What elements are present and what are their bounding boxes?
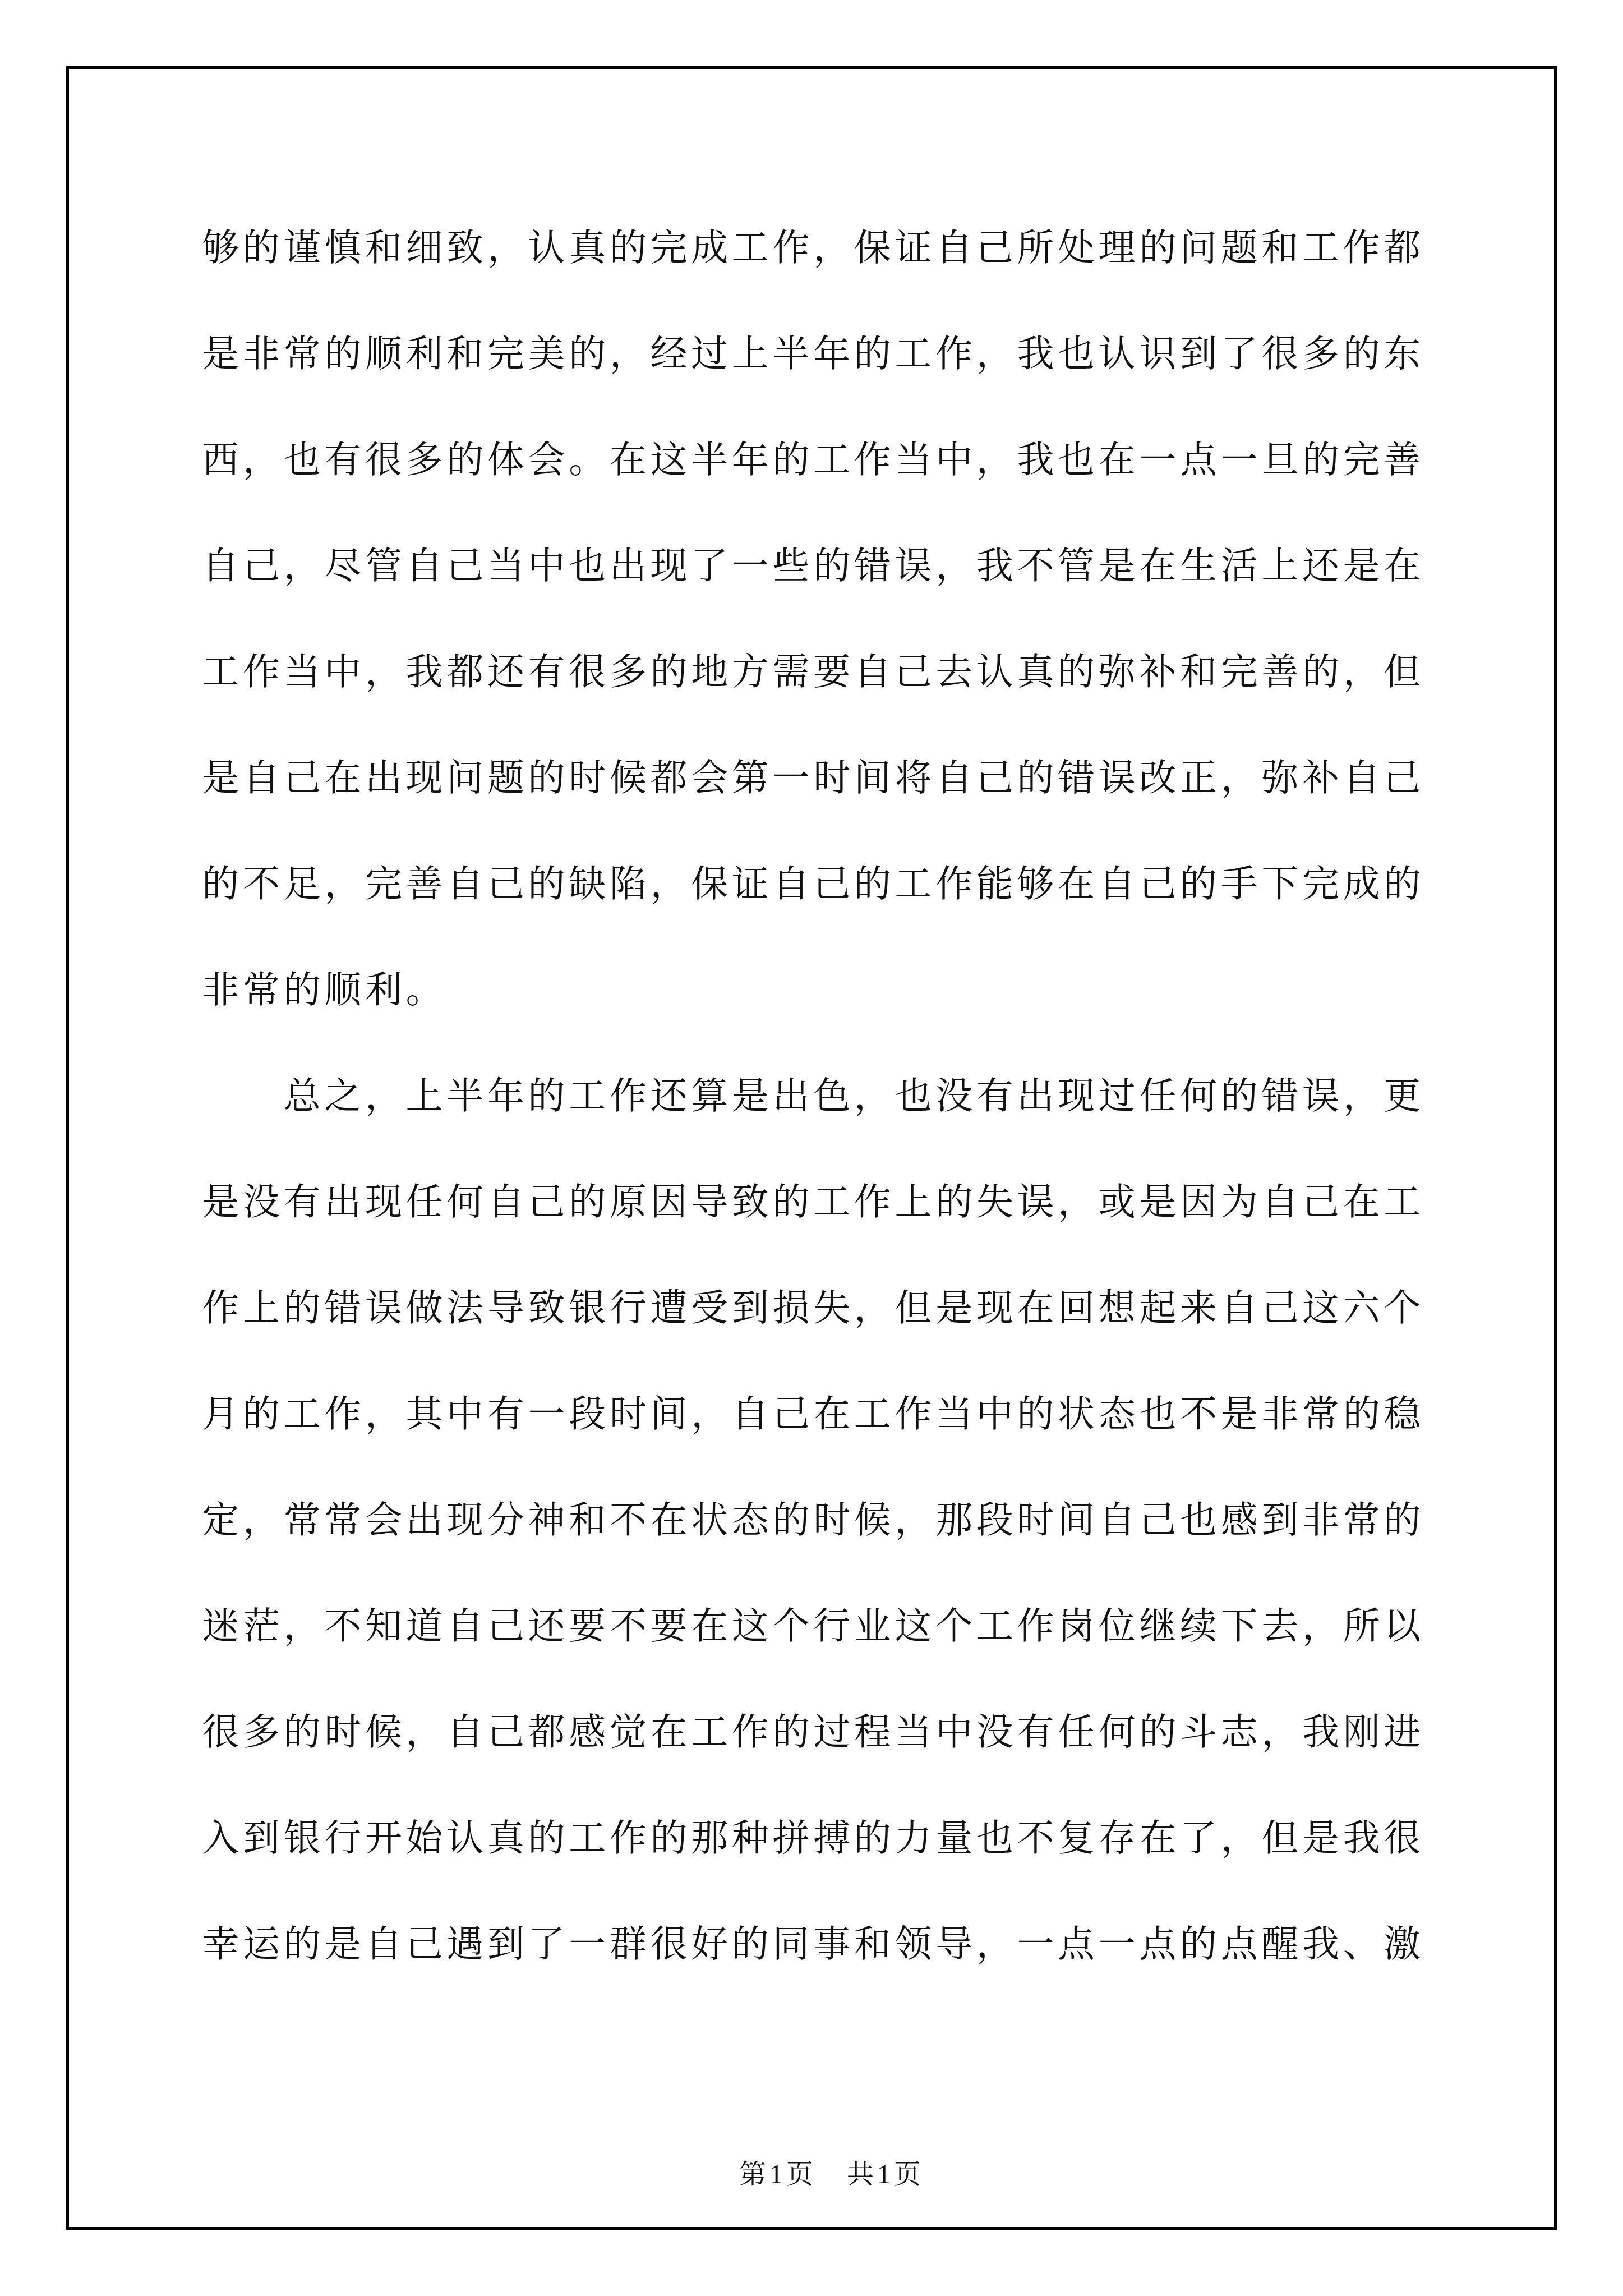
glyph: 时 — [811, 1502, 852, 1539]
glyph: 为 — [1219, 1184, 1260, 1221]
glyph: 作 — [934, 866, 975, 903]
glyph: 六 — [1341, 1290, 1382, 1327]
glyph: 是 — [1341, 548, 1382, 585]
text-line: 是自己在出现问题的时候都会第一时间将自己的错误改正，弥补自己 — [200, 725, 1423, 831]
glyph: 是 — [200, 1184, 241, 1221]
glyph: 完 — [1301, 866, 1341, 903]
glyph: 领 — [893, 1926, 934, 1963]
glyph: 但 — [893, 1290, 934, 1327]
glyph: 以 — [1382, 1608, 1423, 1645]
glyph: 的 — [526, 1820, 567, 1857]
glyph: 到 — [1178, 336, 1219, 373]
glyph: 过 — [811, 1714, 852, 1751]
glyph: 是 — [200, 760, 241, 797]
glyph: 还 — [486, 654, 527, 691]
glyph: 工 — [1301, 230, 1341, 267]
glyph: 间 — [852, 760, 893, 797]
glyph: 都 — [526, 1714, 567, 1751]
glyph: 一 — [1137, 442, 1178, 479]
glyph: 己 — [1137, 1502, 1178, 1539]
glyph: 受 — [689, 1290, 730, 1327]
glyph: 中 — [934, 442, 975, 479]
glyph: 认 — [526, 230, 567, 267]
glyph: 现 — [1056, 1078, 1097, 1115]
glyph: 在 — [1137, 1820, 1178, 1857]
glyph: 激 — [1382, 1926, 1423, 1963]
glyph: 作 — [771, 230, 811, 267]
glyph: 一 — [1219, 442, 1260, 479]
glyph: 的 — [1015, 1396, 1056, 1433]
glyph: ， — [486, 230, 527, 267]
glyph: 自 — [200, 548, 241, 585]
glyph: 多 — [404, 442, 445, 479]
glyph: ， — [811, 230, 852, 267]
glyph: 不 — [1015, 548, 1056, 585]
glyph: 成 — [1341, 866, 1382, 903]
glyph: 多 — [1301, 336, 1341, 373]
glyph: 是 — [1096, 548, 1137, 585]
glyph: 保 — [852, 230, 893, 267]
glyph: 迷 — [200, 1608, 241, 1645]
glyph: 出 — [404, 1502, 445, 1539]
glyph: 中 — [445, 1396, 486, 1433]
text-line: 是没有出现任何自己的原因导致的工作上的失误，或是因为自己在工 — [200, 1149, 1423, 1255]
glyph: 银 — [567, 1290, 608, 1327]
text-line: 很多的时候，自己都感觉在工作的过程当中没有任何的斗志，我刚进 — [200, 1680, 1423, 1786]
glyph: 经 — [648, 336, 689, 373]
glyph: ， — [363, 654, 404, 691]
glyph: 过 — [1096, 1078, 1137, 1115]
glyph: 醒 — [1260, 1926, 1301, 1963]
glyph: 何 — [445, 1184, 486, 1221]
glyph: 业 — [852, 1608, 893, 1645]
glyph: 致 — [445, 230, 486, 267]
glyph: 保 — [689, 866, 730, 903]
glyph: 拼 — [771, 1820, 811, 1857]
glyph: 道 — [404, 1608, 445, 1645]
glyph: 的 — [1137, 230, 1178, 267]
glyph: 错 — [1056, 760, 1097, 797]
glyph: 茫 — [241, 1608, 282, 1645]
glyph: 的 — [322, 336, 363, 373]
glyph: 利 — [404, 336, 445, 373]
glyph: 缺 — [567, 866, 608, 903]
glyph: 认 — [974, 654, 1015, 691]
glyph: 自 — [852, 654, 893, 691]
glyph: 存 — [1096, 1820, 1137, 1857]
glyph: 多 — [241, 1714, 282, 1751]
glyph: 中 — [322, 654, 363, 691]
glyph: 多 — [608, 654, 649, 691]
glyph: 和 — [363, 230, 404, 267]
glyph: 半 — [445, 1078, 486, 1115]
glyph: 时 — [322, 1714, 363, 1751]
glyph: 的 — [445, 442, 486, 479]
glyph: 也 — [1056, 442, 1097, 479]
glyph: 搏 — [811, 1820, 852, 1857]
glyph: 有 — [1015, 1714, 1056, 1751]
glyph: 有 — [486, 1396, 527, 1433]
glyph: 时 — [1015, 1502, 1056, 1539]
glyph: 在 — [1056, 866, 1097, 903]
glyph: 银 — [282, 1820, 322, 1857]
glyph: 半 — [771, 336, 811, 373]
glyph: 是 — [934, 1290, 975, 1327]
glyph: 神 — [526, 1502, 567, 1539]
glyph: 常 — [322, 1502, 363, 1539]
glyph: 管 — [363, 548, 404, 585]
glyph: 自 — [1219, 1290, 1260, 1327]
glyph: 证 — [893, 230, 934, 267]
glyph: 的 — [934, 1184, 975, 1221]
glyph: 不 — [1015, 1820, 1056, 1857]
glyph: 完 — [363, 866, 404, 903]
glyph: 己 — [974, 760, 1015, 797]
glyph: 的 — [771, 1502, 811, 1539]
glyph: 作 — [1015, 1608, 1056, 1645]
glyph: 工 — [200, 654, 241, 691]
text-line: 定，常常会出现分神和不在状态的时候，那段时间自己也感到非常的 — [200, 1467, 1423, 1573]
text-line: 的不足，完善自己的缺陷，保证自己的工作能够在自己的手下完成的 — [200, 831, 1423, 937]
glyph: 上 — [404, 1078, 445, 1115]
glyph: 一 — [526, 1396, 567, 1433]
glyph: ， — [322, 866, 363, 903]
glyph: 不 — [322, 1608, 363, 1645]
glyph: 当 — [486, 548, 527, 585]
glyph: 错 — [322, 1290, 363, 1327]
glyph: 当 — [282, 654, 322, 691]
glyph: 方 — [730, 654, 771, 691]
text-line: 非常的顺利。 — [200, 937, 1423, 1043]
glyph: 一 — [771, 760, 811, 797]
glyph: ， — [1260, 1714, 1301, 1751]
glyph: 都 — [648, 760, 689, 797]
page-number-label: 第1页 共1页 — [739, 2160, 924, 2189]
glyph: 善 — [1260, 654, 1301, 691]
glyph: 也 — [1056, 336, 1097, 373]
glyph: 补 — [1137, 654, 1178, 691]
glyph: 在 — [608, 442, 649, 479]
glyph: 任 — [404, 1184, 445, 1221]
glyph: 当 — [934, 1396, 975, 1433]
text-line: 总之，上半年的工作还算是出色，也没有出现过任何的错误，更 — [200, 1043, 1423, 1149]
glyph: 状 — [689, 1502, 730, 1539]
glyph: 会 — [689, 760, 730, 797]
glyph: 我 — [1015, 336, 1056, 373]
glyph: 误 — [1015, 1184, 1056, 1221]
glyph: ， — [689, 1396, 730, 1433]
glyph: 需 — [771, 654, 811, 691]
glyph: 同 — [771, 1926, 811, 1963]
glyph: 到 — [241, 1820, 282, 1857]
glyph: 陷 — [608, 866, 649, 903]
glyph: 出 — [771, 1078, 811, 1115]
glyph: 题 — [1219, 230, 1260, 267]
glyph: 导 — [689, 1184, 730, 1221]
glyph: 在 — [811, 1396, 852, 1433]
glyph: 觉 — [608, 1714, 649, 1751]
glyph: 在 — [1096, 442, 1137, 479]
glyph: 很 — [1260, 336, 1301, 373]
glyph: 常 — [1301, 1396, 1341, 1433]
glyph: 的 — [1178, 1926, 1219, 1963]
glyph: 也 — [282, 442, 322, 479]
glyph: 出 — [1015, 1078, 1056, 1115]
glyph: 的 — [526, 760, 567, 797]
glyph: 美 — [526, 336, 567, 373]
glyph: 己 — [486, 1714, 527, 1751]
glyph: 志 — [1219, 1714, 1260, 1751]
glyph: 的 — [1382, 866, 1423, 903]
glyph: 问 — [445, 760, 486, 797]
glyph: ， — [974, 336, 1015, 373]
glyph: 了 — [1219, 336, 1260, 373]
glyph: 回 — [1056, 1290, 1097, 1327]
glyph: 复 — [1056, 1820, 1097, 1857]
glyph: ， — [893, 1502, 934, 1539]
glyph: 做 — [404, 1290, 445, 1327]
glyph: 一 — [1015, 1926, 1056, 1963]
glyph: 色 — [811, 1078, 852, 1115]
glyph: 非 — [1260, 1396, 1301, 1433]
glyph: ， — [363, 1396, 404, 1433]
glyph: ， — [852, 1290, 893, 1327]
glyph: 还 — [648, 1078, 689, 1115]
glyph: 现 — [445, 1502, 486, 1539]
glyph: 感 — [1219, 1502, 1260, 1539]
glyph: 管 — [1056, 548, 1097, 585]
glyph: 的 — [852, 336, 893, 373]
glyph: 的 — [1219, 1078, 1260, 1115]
glyph: 个 — [771, 1608, 811, 1645]
glyph: 是 — [1137, 1184, 1178, 1221]
glyph: 作 — [1341, 230, 1382, 267]
glyph: 的 — [771, 442, 811, 479]
glyph: 致 — [526, 1290, 567, 1327]
glyph: 其 — [404, 1396, 445, 1433]
text-line: 作上的错误做法导致银行遭受到损失，但是现在回想起来自己这六个 — [200, 1255, 1423, 1361]
glyph: 够 — [1015, 866, 1056, 903]
glyph: 要 — [648, 1608, 689, 1645]
glyph: 我 — [1015, 442, 1056, 479]
glyph: 的 — [567, 1184, 608, 1221]
glyph: 位 — [1096, 1608, 1137, 1645]
glyph: 和 — [852, 1926, 893, 1963]
glyph: 年 — [730, 442, 771, 479]
glyph: ， — [1341, 1078, 1382, 1115]
glyph: 自 — [1096, 1502, 1137, 1539]
glyph: 想 — [1096, 1290, 1137, 1327]
glyph: 作 — [852, 1184, 893, 1221]
glyph: 真 — [567, 230, 608, 267]
glyph: 中 — [934, 1714, 975, 1751]
glyph: ， — [648, 866, 689, 903]
glyph: 还 — [1301, 548, 1341, 585]
glyph: 在 — [648, 1502, 689, 1539]
glyph: 作 — [730, 1714, 771, 1751]
glyph: 错 — [1260, 1078, 1301, 1115]
glyph: 是 — [1219, 1396, 1260, 1433]
glyph: 己 — [526, 1184, 567, 1221]
glyph: 候 — [608, 760, 649, 797]
glyph: 去 — [1260, 1608, 1301, 1645]
glyph: 顺 — [363, 336, 404, 373]
glyph: 间 — [1056, 1502, 1097, 1539]
glyph: 但 — [1382, 654, 1423, 691]
glyph: 年 — [811, 336, 852, 373]
glyph: 开 — [363, 1820, 404, 1857]
glyph: 的 — [282, 972, 322, 1009]
glyph: 处 — [1056, 230, 1097, 267]
glyph: ， — [241, 442, 282, 479]
glyph: 但 — [1260, 1820, 1301, 1857]
glyph: 起 — [1137, 1290, 1178, 1327]
glyph: 和 — [1178, 654, 1219, 691]
glyph: 何 — [1096, 1714, 1137, 1751]
glyph: 己 — [1301, 1184, 1341, 1221]
glyph: 致 — [730, 1184, 771, 1221]
glyph: 很 — [363, 442, 404, 479]
glyph: 刚 — [1341, 1714, 1382, 1751]
glyph: 了 — [689, 548, 730, 585]
glyph: ， — [934, 548, 975, 585]
text-line: 工作当中，我都还有很多的地方需要自己去认真的弥补和完善的，但 — [200, 619, 1423, 725]
glyph: 己 — [486, 1608, 527, 1645]
glyph: 段 — [567, 1396, 608, 1433]
glyph: 种 — [730, 1820, 771, 1857]
text-line: 西，也有很多的体会。在这半年的工作当中，我也在一点一旦的完善 — [200, 407, 1423, 513]
glyph: 或 — [1096, 1184, 1137, 1221]
glyph: 工 — [852, 1396, 893, 1433]
glyph: 的 — [852, 1820, 893, 1857]
glyph: 幸 — [200, 1926, 241, 1963]
glyph: 工 — [730, 230, 771, 267]
glyph: 的 — [526, 1078, 567, 1115]
glyph: 细 — [404, 230, 445, 267]
glyph: 的 — [1015, 760, 1056, 797]
glyph: 。 — [567, 442, 608, 479]
glyph: 慎 — [322, 230, 363, 267]
glyph: 状 — [1056, 1396, 1097, 1433]
glyph: 在 — [1382, 548, 1423, 585]
glyph: 己 — [771, 1396, 811, 1433]
glyph: 我 — [1301, 1714, 1341, 1751]
glyph: 算 — [689, 1078, 730, 1115]
glyph: 西 — [200, 442, 241, 479]
glyph: 的 — [648, 1820, 689, 1857]
glyph: 行 — [322, 1820, 363, 1857]
glyph: 也 — [1137, 1396, 1178, 1433]
glyph: 斗 — [1178, 1714, 1219, 1751]
glyph: 法 — [445, 1290, 486, 1327]
text-line: 是非常的顺利和完美的，经过上半年的工作，我也认识到了很多的东 — [200, 301, 1423, 407]
glyph: 在 — [1341, 1184, 1382, 1221]
glyph: 入 — [200, 1820, 241, 1857]
glyph: 活 — [1219, 548, 1260, 585]
glyph: 感 — [567, 1714, 608, 1751]
glyph: 作 — [893, 1396, 934, 1433]
glyph: 不 — [1178, 1396, 1219, 1433]
glyph: 好 — [689, 1926, 730, 1963]
glyph: 时 — [567, 760, 608, 797]
glyph: 在 — [689, 1608, 730, 1645]
glyph: 了 — [526, 1926, 567, 1963]
glyph: 正 — [1178, 760, 1219, 797]
glyph: 点 — [1056, 1926, 1097, 1963]
glyph: 手 — [1219, 866, 1260, 903]
glyph: 在 — [322, 760, 363, 797]
glyph: 下 — [1219, 1608, 1260, 1645]
text-line: 自己，尽管自己当中也出现了一些的错误，我不管是在生活上还是在 — [200, 513, 1423, 619]
glyph: 非 — [241, 336, 282, 373]
glyph: 很 — [200, 1714, 241, 1751]
glyph: 作 — [200, 1290, 241, 1327]
glyph: 完 — [648, 230, 689, 267]
glyph: 到 — [486, 1926, 527, 1963]
glyph: 完 — [1219, 654, 1260, 691]
glyph: 分 — [486, 1502, 527, 1539]
glyph: 将 — [893, 760, 934, 797]
glyph: 点 — [1178, 442, 1219, 479]
glyph: 时 — [608, 1396, 649, 1433]
glyph: 旦 — [1260, 442, 1301, 479]
glyph: 的 — [771, 1184, 811, 1221]
glyph: 补 — [1301, 760, 1341, 797]
glyph: 有 — [974, 1078, 1015, 1115]
glyph: 力 — [893, 1820, 934, 1857]
glyph: 常 — [282, 336, 322, 373]
glyph: 运 — [241, 1926, 282, 1963]
glyph: 出 — [322, 1184, 363, 1221]
glyph: 弥 — [1096, 654, 1137, 691]
glyph: 很 — [567, 654, 608, 691]
glyph: 岗 — [1056, 1608, 1097, 1645]
glyph: 工 — [689, 1714, 730, 1751]
glyph: 有 — [526, 654, 567, 691]
glyph: 自 — [730, 1396, 771, 1433]
glyph: 的 — [200, 866, 241, 903]
glyph: 的 — [282, 1290, 322, 1327]
glyph: 没 — [934, 1078, 975, 1115]
glyph: 够 — [200, 230, 241, 267]
glyph: 段 — [974, 1502, 1015, 1539]
glyph: 是 — [200, 336, 241, 373]
glyph: 证 — [730, 866, 771, 903]
glyph: 的 — [852, 866, 893, 903]
glyph: 行 — [811, 1608, 852, 1645]
glyph: 行 — [608, 1290, 649, 1327]
glyph: 失 — [811, 1290, 852, 1327]
glyph: 谨 — [282, 230, 322, 267]
glyph: 在 — [648, 1714, 689, 1751]
text-line: 够的谨慎和细致，认真的完成工作，保证自己所处理的问题和工作都 — [200, 195, 1423, 301]
glyph: 候 — [852, 1502, 893, 1539]
glyph: 有 — [282, 1184, 322, 1221]
glyph: 己 — [486, 866, 527, 903]
glyph: 地 — [689, 654, 730, 691]
glyph: 定 — [200, 1502, 241, 1539]
glyph: 完 — [1341, 442, 1382, 479]
glyph: ， — [404, 1714, 445, 1751]
glyph: 下 — [1260, 866, 1301, 903]
glyph: 非 — [1301, 1502, 1341, 1539]
glyph: 上 — [1260, 548, 1301, 585]
glyph: ， — [1056, 1184, 1097, 1221]
glyph: 足 — [282, 866, 322, 903]
glyph: 自 — [486, 1184, 527, 1221]
text-line: 幸运的是自己遇到了一群很好的同事和领导，一点一点的点醒我、激 — [200, 1892, 1423, 1998]
glyph: 知 — [363, 1608, 404, 1645]
